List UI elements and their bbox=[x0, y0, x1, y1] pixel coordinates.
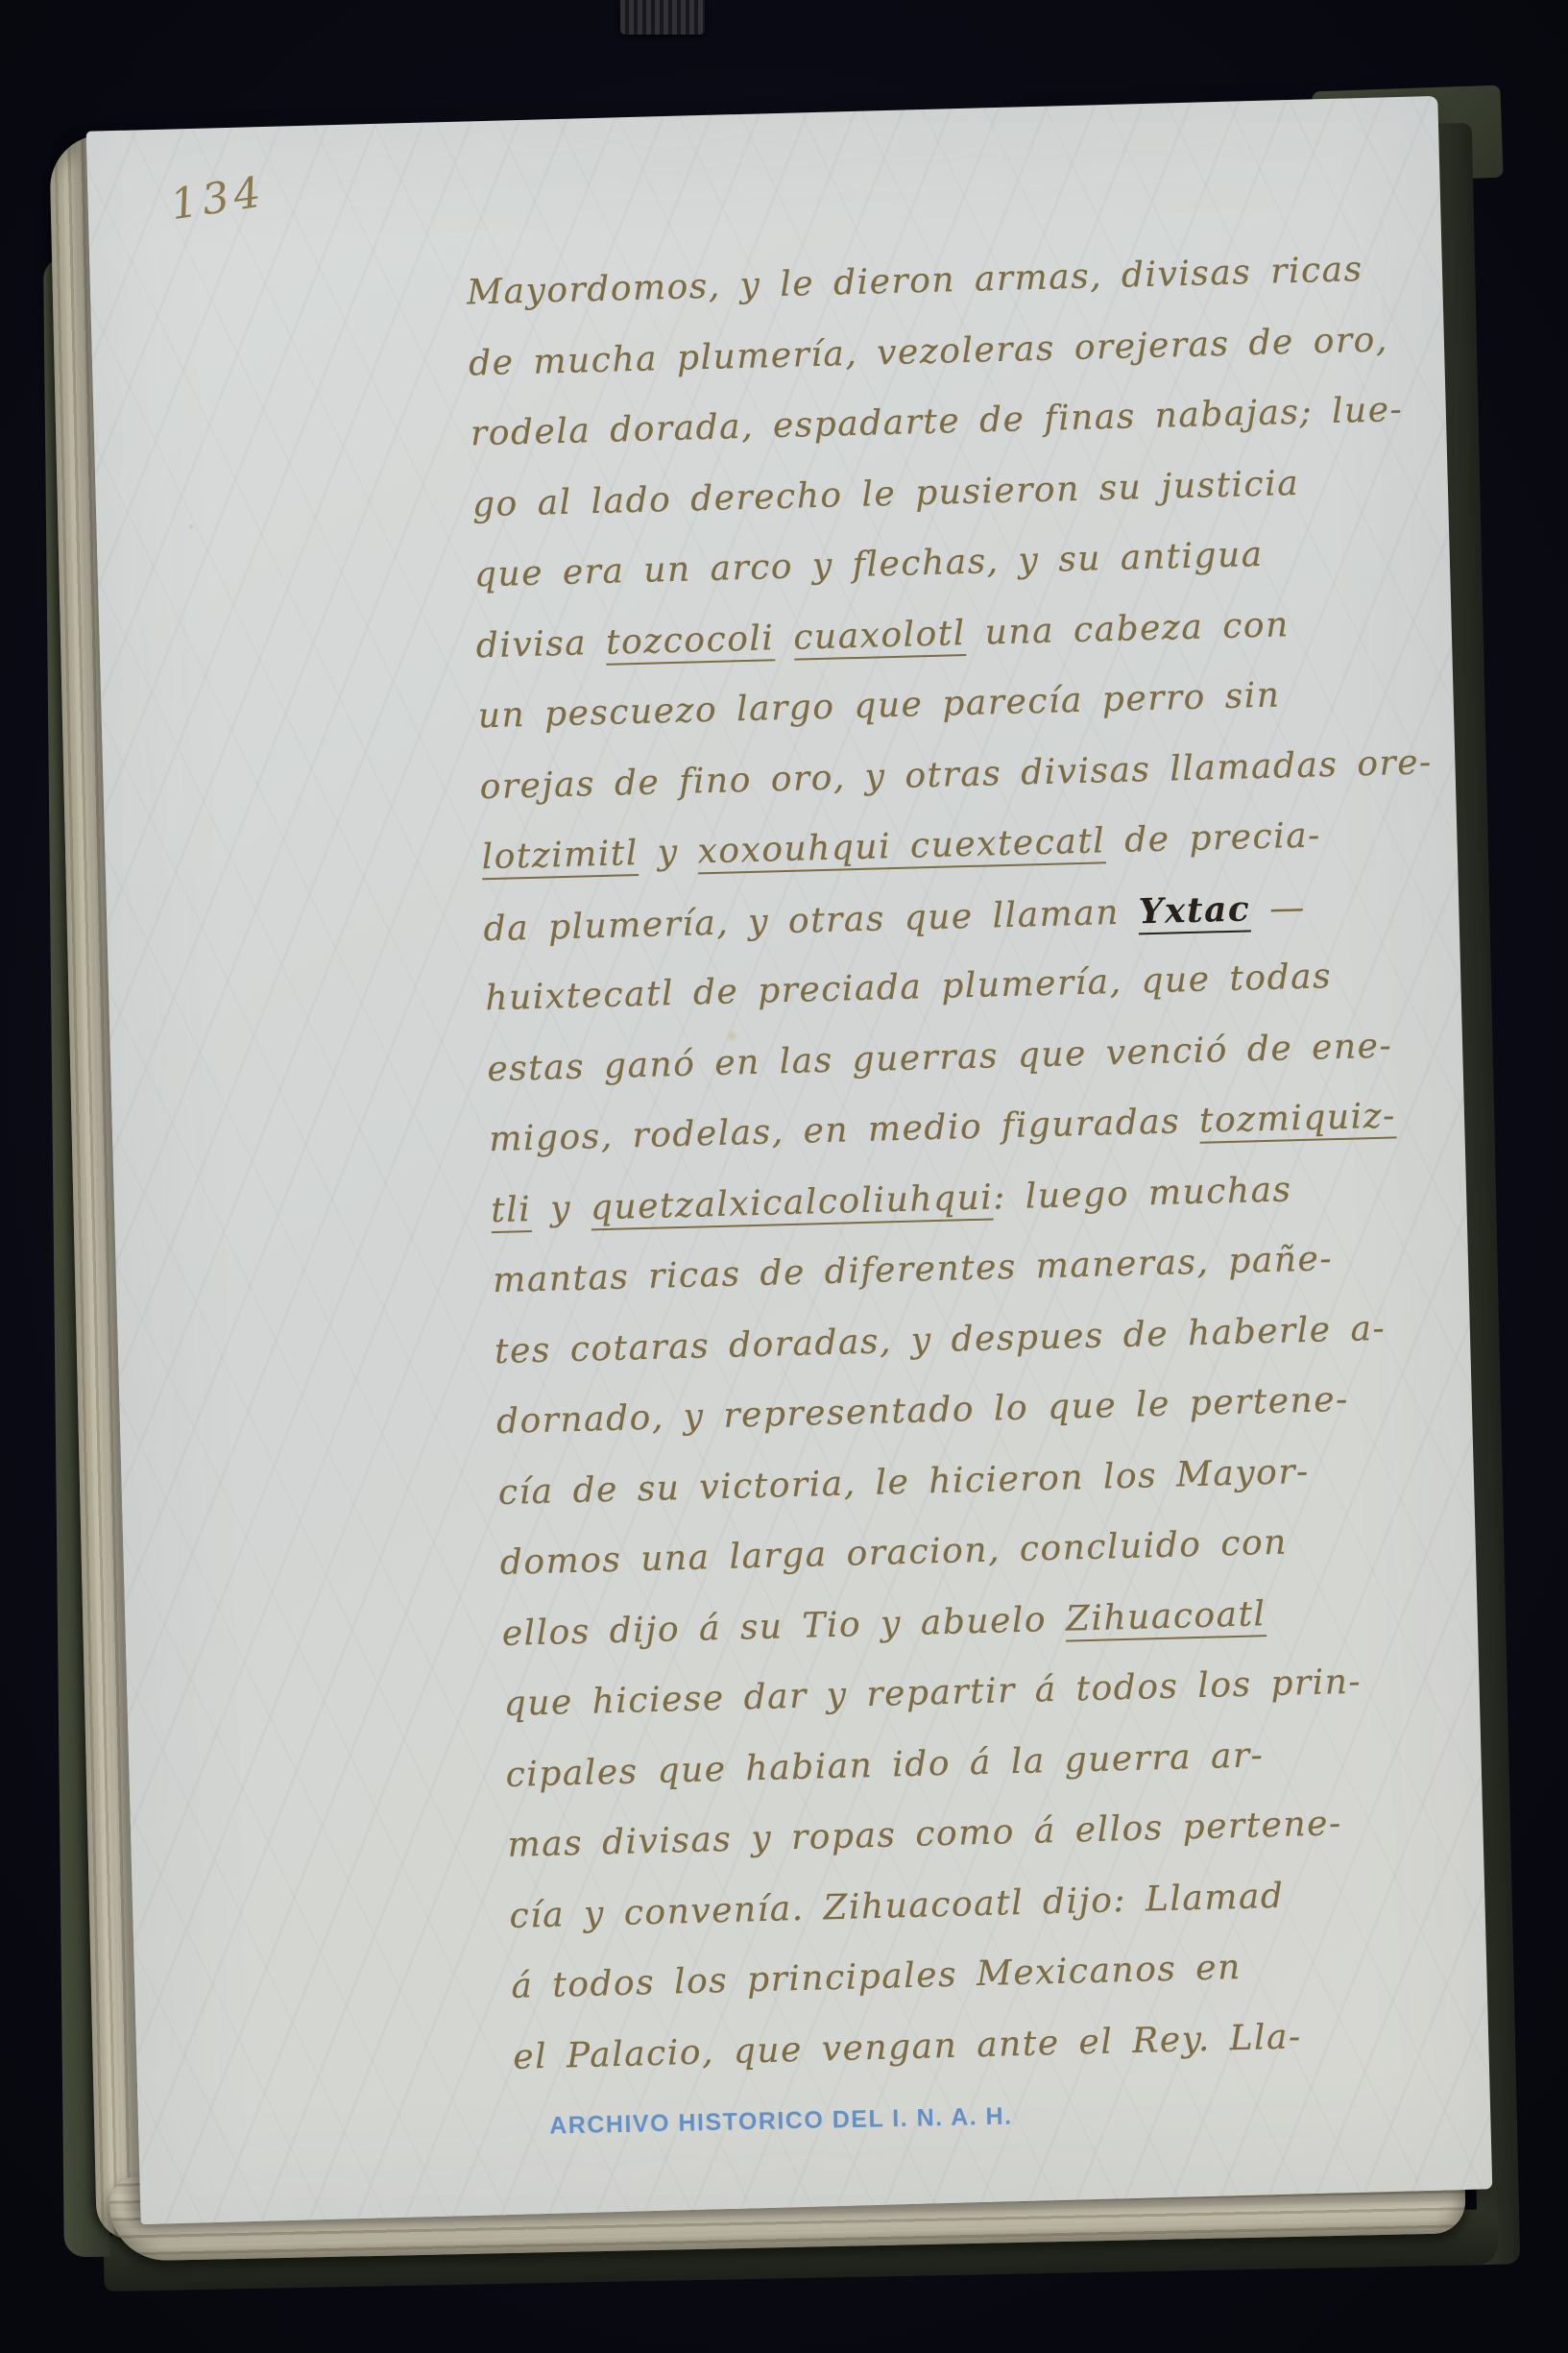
underlined-nahuatl-term: Zihuacoatl bbox=[1065, 1594, 1266, 1641]
manuscript-page: 134 Mayordomos, y le dieron armas, divis… bbox=[86, 96, 1493, 2224]
book-headband bbox=[620, 0, 705, 35]
underlined-nahuatl-term: cuaxolotl bbox=[793, 614, 967, 661]
underlined-nahuatl-term: tozmiquiz- bbox=[1199, 1096, 1397, 1143]
underlined-nahuatl-term: tli bbox=[491, 1190, 532, 1233]
text-segment: Mayordomos, y le dieron armas, divisas r… bbox=[467, 250, 1363, 312]
underlined-nahuatl-term: tozcocoli bbox=[606, 619, 775, 666]
text-segment bbox=[774, 618, 794, 658]
text-segment: una cabeza con bbox=[965, 605, 1290, 653]
underlined-nahuatl-term: Yxtac bbox=[1138, 888, 1251, 934]
text-segment: divisa bbox=[475, 622, 606, 666]
text-segment: y bbox=[531, 1188, 591, 1229]
text-segment: de precia- bbox=[1105, 815, 1322, 861]
archive-stamp: ARCHIVO HISTORICO DEL I. N. A. H. bbox=[549, 2103, 1013, 2141]
photo-background: 134 Mayordomos, y le dieron armas, divis… bbox=[0, 0, 1568, 2353]
manuscript-text: Mayordomos, y le dieron armas, divisas r… bbox=[467, 247, 1519, 2108]
page-number: 134 bbox=[167, 167, 268, 230]
underlined-nahuatl-term: lotzimitl bbox=[481, 834, 639, 880]
text-segment: — bbox=[1250, 887, 1307, 928]
text-segment: y bbox=[638, 832, 698, 873]
text-segment: : luego muchas bbox=[993, 1170, 1292, 1217]
